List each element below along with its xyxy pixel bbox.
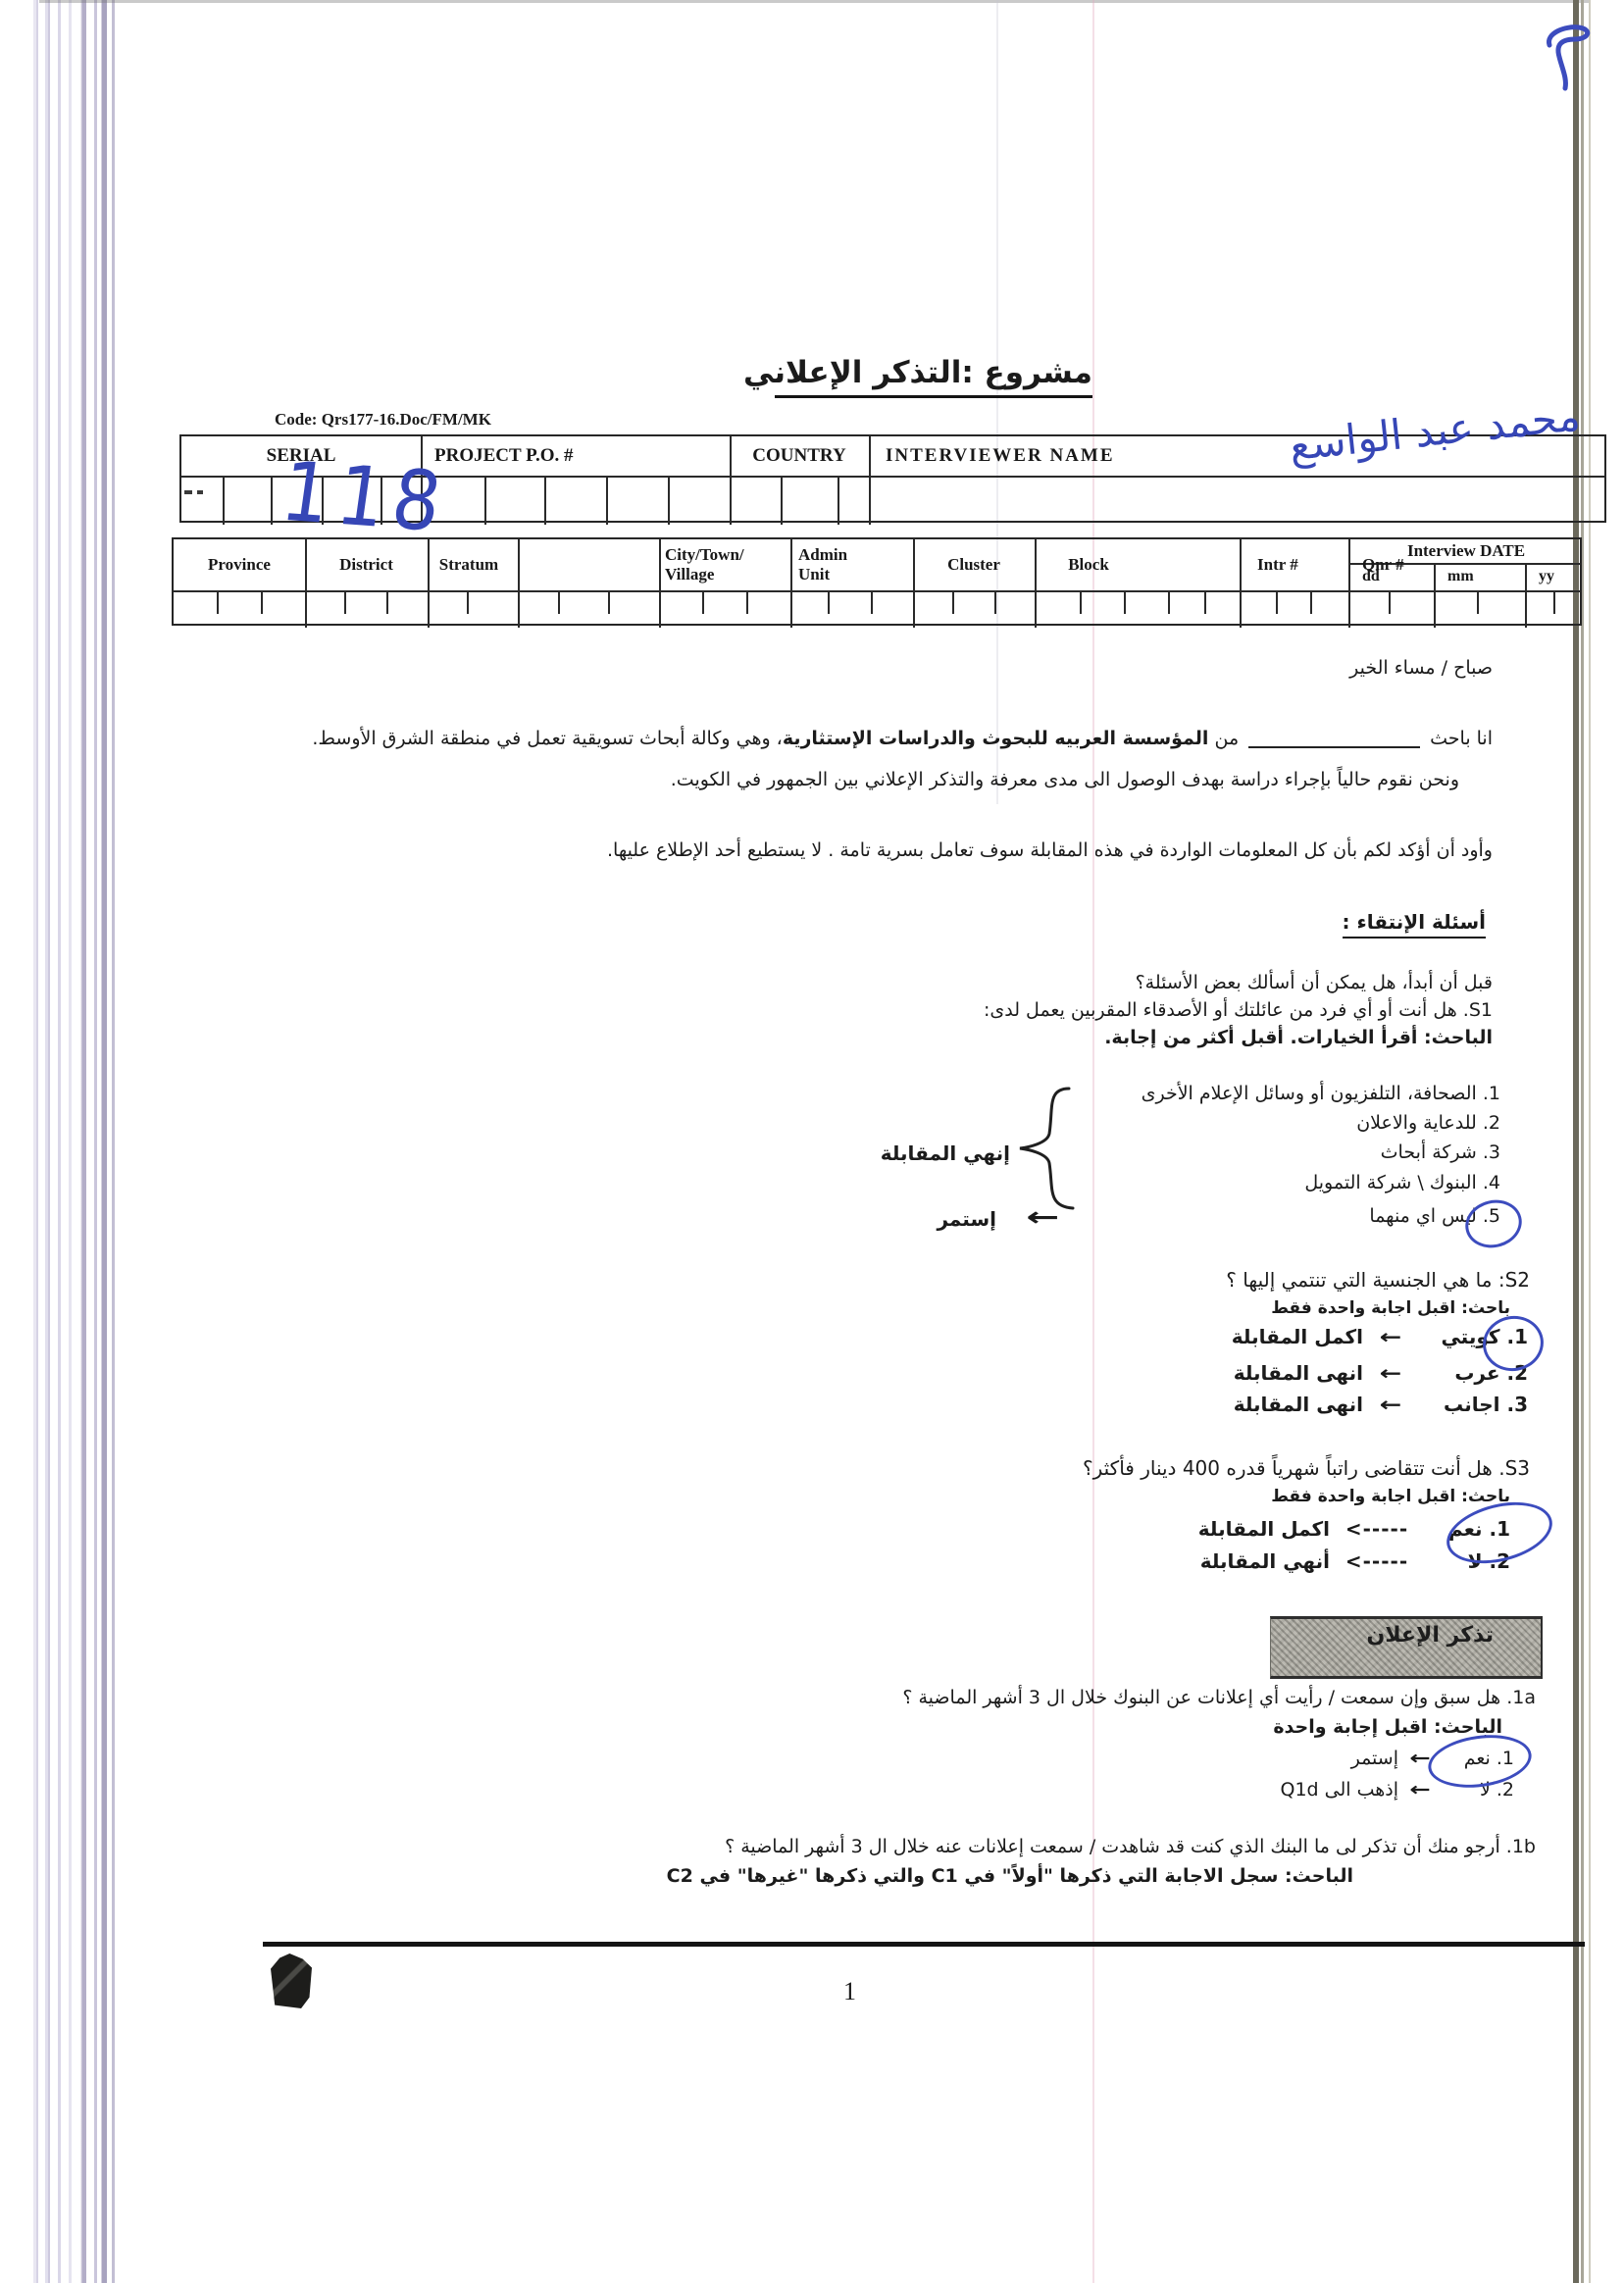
pen-squiggle-icon	[1536, 18, 1599, 98]
pen-circle-s1-option5	[1460, 1194, 1527, 1254]
s1-option-1: 1. الصحافة، التلفزيون أو وسائل الإعلام ا…	[1142, 1083, 1500, 1104]
arrow-icon: ←	[1353, 1325, 1428, 1348]
col-project-po: PROJECT P.O. #	[434, 436, 729, 476]
col-interview-date: Interview DATE	[1348, 539, 1584, 563]
intro-line-1: انا باحثمن المؤسسة العربيه للبحوث والدرا…	[312, 724, 1493, 749]
q1a-option2-action: إذهب الى Q1d	[1280, 1779, 1398, 1801]
left-binding-scan-lines	[25, 0, 120, 2283]
page-fold-line	[1092, 0, 1094, 2283]
s3-question: S3. هل أنت تتقاضى راتباً شهرياً قدره 400…	[1083, 1456, 1530, 1480]
ink-speck	[197, 490, 203, 494]
col-yy: yy	[1539, 563, 1578, 590]
confidentiality-note: وأود أن أؤكد لكم بأن كل المعلومات الوارد…	[607, 839, 1493, 861]
screening-heading: أسئلة الإنتقاء :	[1343, 910, 1486, 939]
col-intr: Intr #	[1257, 539, 1336, 590]
s3-interviewer-note: باحث: اقبل اجابة واحدة فقط	[1271, 1487, 1510, 1506]
s2-option3-label: 3. اجانب	[1418, 1393, 1528, 1416]
s1-question: S1. هل أنت أو أي فرد من عائلتك أو الأصدق…	[984, 999, 1493, 1021]
location-table: Province District Stratum City/Town/ Vil…	[172, 537, 1582, 626]
col-city-town-village: City/Town/ Village	[665, 539, 753, 590]
right-scan-edge-line-3	[1589, 0, 1591, 2283]
recall-section-header: تذكر الإعلان	[1270, 1616, 1543, 1679]
col-stratum: Stratum	[420, 539, 518, 590]
col-admin-unit: Admin Unit	[798, 539, 867, 590]
code-label: Code: Qrs177-16.Doc/FM/MK	[275, 410, 491, 430]
s2-option-2: 2. عرب ← انهى المقابلة	[1234, 1361, 1528, 1385]
page-number: 1	[843, 1977, 856, 2006]
intro-line-2: ونحن نقوم حالياً بإجراء دراسة بهدف الوصو…	[671, 769, 1459, 790]
page-title: مشروع :التذكر الإعلاني	[775, 355, 1092, 398]
s1-interviewer-note: الباحث: أقرأ الخيارات. أقبل أكثر من إجاب…	[1104, 1027, 1493, 1048]
organization-name: المؤسسة العربيه للبحوث والدراسات الإستثا…	[783, 728, 1209, 749]
s1-pre-question: قبل أن أبدأ، هل يمكن أن أسألك بعض الأسئل…	[1136, 972, 1493, 993]
col-district: District	[305, 539, 428, 590]
s1-continue-label: إستمر	[937, 1207, 996, 1231]
s2-interviewer-note: باحث: اقبل اجابة واحدة فقط	[1271, 1298, 1510, 1318]
col-dd: dd	[1362, 563, 1421, 590]
stamp-icon	[271, 1953, 312, 2008]
s2-question: S2: ما هي الجنسية التي تنتمي إليها ؟	[1226, 1268, 1530, 1292]
brace-icon	[1008, 1087, 1077, 1210]
s2-option2-action: انهى المقابلة	[1234, 1361, 1363, 1385]
q1a-interviewer-note: الباحث: اقبل إجابة واحدة	[1273, 1716, 1502, 1738]
col-country: COUNTRY	[730, 436, 869, 476]
s1-option-4: 4. البنوك \ شركة التمويل	[1304, 1172, 1500, 1193]
scanned-questionnaire-page: مشروع :التذكر الإعلاني Code: Qrs177-16.D…	[0, 0, 1624, 2283]
greeting: صباح / مساء الخير	[1349, 657, 1493, 679]
col-cluster: Cluster	[913, 539, 1035, 590]
page-fold-line-2	[996, 0, 998, 804]
s2-option-3: 3. اجانب ← انهى المقابلة	[1234, 1393, 1528, 1416]
q1a-question: 1a. هل سبق وإن سمعت / رأيت أي إعلانات عن…	[902, 1687, 1536, 1708]
dash-arrow: <-----	[1330, 1549, 1424, 1573]
blank-underline	[1248, 728, 1420, 748]
ink-speck	[184, 490, 192, 494]
arrow-icon: ←	[1353, 1361, 1428, 1385]
col-mm: mm	[1447, 563, 1506, 590]
s1-terminate-label: إنهي المقابلة	[881, 1141, 1010, 1165]
right-scan-edge-line-2	[1581, 0, 1584, 2283]
s3-option1-action: اكمل المقابلة	[1198, 1517, 1330, 1541]
q1b-question: 1b. أرجو منك أن تذكر لى ما البنك الذي كن…	[725, 1836, 1536, 1857]
col-province: Province	[174, 539, 305, 590]
arrow-icon: ←	[1353, 1393, 1428, 1416]
intro-researcher-prefix: انا باحث	[1430, 728, 1493, 749]
s2-option1-action: اكمل المقابلة	[1232, 1325, 1363, 1348]
intro-from-word: من	[1214, 728, 1239, 749]
s1-continue-arrow-icon: ←	[1026, 1202, 1059, 1233]
s1-option-2: 2. للدعاية والاعلان	[1356, 1112, 1500, 1134]
dash-arrow: <-----	[1330, 1517, 1424, 1541]
s2-option3-action: انهى المقابلة	[1234, 1393, 1363, 1416]
s3-option2-action: أنهي المقابلة	[1200, 1549, 1330, 1573]
handwritten-serial: 118	[276, 443, 454, 550]
intro-line1-rest: ، وهي وكالة أبحاث تسويقية تعمل في منطقة …	[312, 728, 782, 749]
col-block: Block	[1035, 539, 1142, 590]
s1-option-3: 3. شركة أبحاث	[1381, 1141, 1500, 1163]
right-scan-edge-line	[1573, 0, 1579, 2283]
digit-tick-marks	[174, 590, 1580, 628]
bottom-divider-line	[263, 1942, 1585, 1947]
q1b-interviewer-note: الباحث: سجل الاجابة التي ذكرها "أولاً" ف…	[667, 1865, 1353, 1887]
top-scan-smear	[39, 0, 1589, 3]
